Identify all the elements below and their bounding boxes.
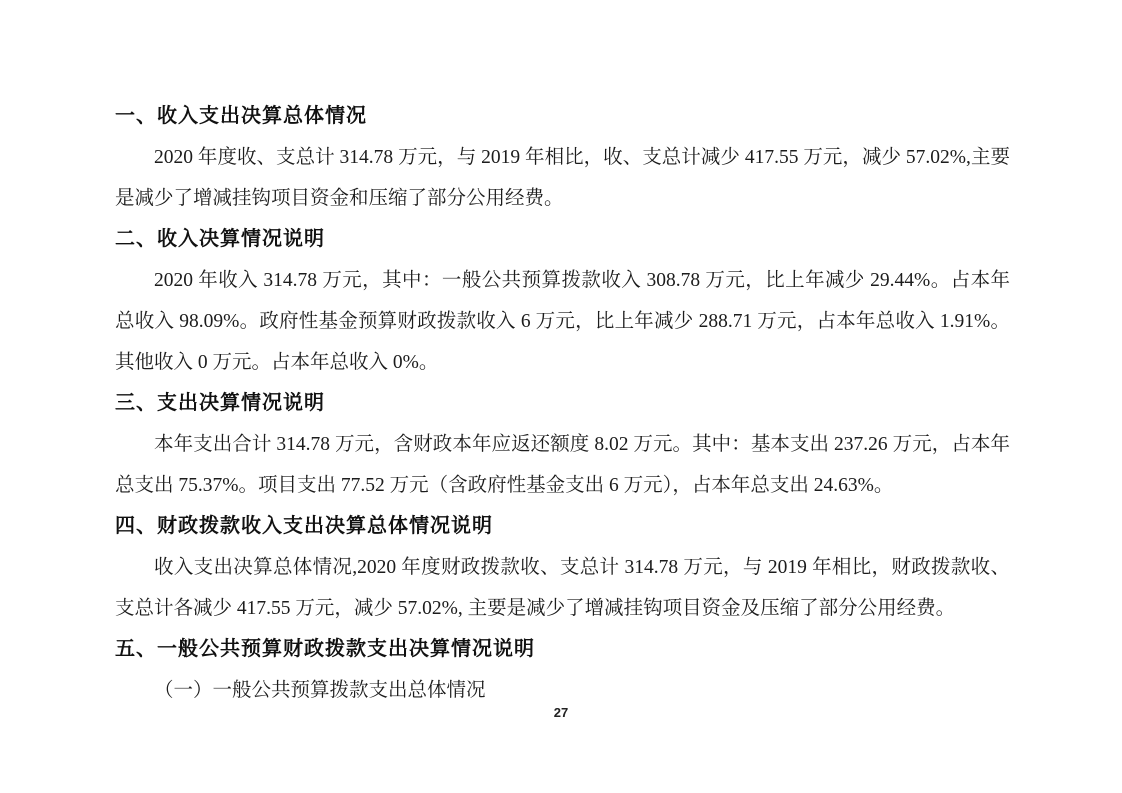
section-heading-5: 五、一般公共预算财政拨款支出决算情况说明 <box>115 629 1010 670</box>
section-income-expenditure-overview: 一、收入支出决算总体情况 2020 年度收、支总计 314.78 万元，与 20… <box>115 96 1010 219</box>
section-heading-3: 三、支出决算情况说明 <box>115 383 1010 424</box>
section-paragraph: 收入支出决算总体情况,2020 年度财政拨款收、支总计 314.78 万元，与 … <box>115 547 1010 629</box>
section-paragraph: 本年支出合计 314.78 万元，含财政本年应返还额度 8.02 万元。其中：基… <box>115 424 1010 506</box>
section-income-statement: 二、收入决算情况说明 2020 年收入 314.78 万元，其中：一般公共预算拨… <box>115 219 1010 383</box>
document-content: 一、收入支出决算总体情况 2020 年度收、支总计 314.78 万元，与 20… <box>115 96 1010 711</box>
section-general-public-budget-expenditure: 五、一般公共预算财政拨款支出决算情况说明 （一）一般公共预算拨款支出总体情况 <box>115 629 1010 711</box>
section-heading-2: 二、收入决算情况说明 <box>115 219 1010 260</box>
section-expenditure-statement: 三、支出决算情况说明 本年支出合计 314.78 万元，含财政本年应返还额度 8… <box>115 383 1010 506</box>
section-fiscal-appropriation-overview: 四、财政拨款收入支出决算总体情况说明 收入支出决算总体情况,2020 年度财政拨… <box>115 506 1010 629</box>
page-number: 27 <box>0 705 1122 720</box>
section-paragraph: 2020 年度收、支总计 314.78 万元，与 2019 年相比，收、支总计减… <box>115 137 1010 219</box>
document-page: 一、收入支出决算总体情况 2020 年度收、支总计 314.78 万元，与 20… <box>0 0 1122 793</box>
section-paragraph: 2020 年收入 314.78 万元，其中：一般公共预算拨款收入 308.78 … <box>115 260 1010 383</box>
section-heading-1: 一、收入支出决算总体情况 <box>115 96 1010 137</box>
section-heading-4: 四、财政拨款收入支出决算总体情况说明 <box>115 506 1010 547</box>
